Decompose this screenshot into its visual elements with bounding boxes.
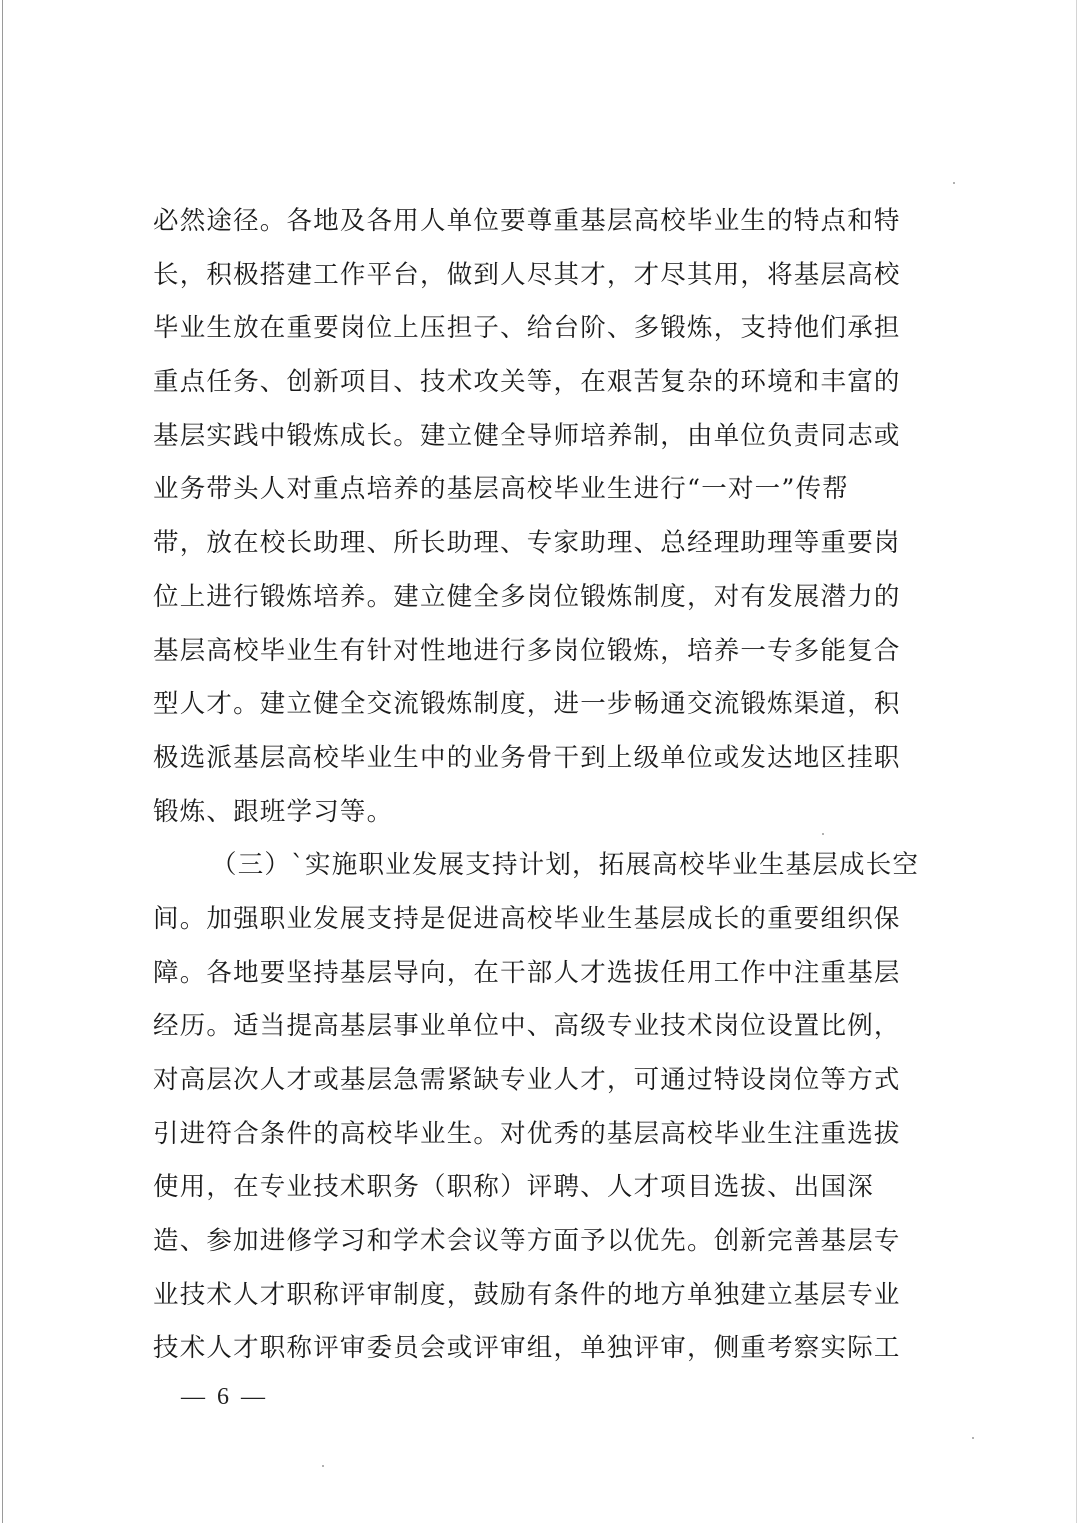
scan-edge-right: [1076, 0, 1077, 1523]
text-line: 毕业生放在重要岗位上压担子、给台阶、多锻炼，支持他们承担: [153, 309, 953, 363]
text-line: 基层高校毕业生有针对性地进行多岗位锻炼，培养一专多能复合: [153, 632, 953, 686]
scan-speck: [322, 1465, 324, 1467]
scan-speck: [822, 833, 824, 835]
text-line: 业技术人才职称评审制度，鼓励有条件的地方单独建立基层专业: [153, 1276, 953, 1330]
text-line: 障。各地要坚持基层导向，在干部人才选拔任用工作中注重基层: [153, 954, 953, 1008]
text-line: 业务带头人对重点培养的基层高校毕业生进行“一对一”传帮: [153, 470, 953, 524]
text-line: 型人才。建立健全交流锻炼制度，进一步畅通交流锻炼渠道，积: [153, 685, 953, 739]
text-line: 锻炼、跟班学习等。: [153, 793, 953, 847]
text-line: 间。加强职业发展支持是促进高校毕业生基层成长的重要组织保: [153, 900, 953, 954]
document-body: 必然途径。各地及各用人单位要尊重基层高校毕业生的特点和特 长，积极搭建工作平台，…: [153, 202, 953, 1383]
text-line: 带，放在校长助理、所长助理、专家助理、总经理助理等重要岗: [153, 524, 953, 578]
text-line: 技术人才职称评审委员会或评审组，单独评审，侧重考察实际工: [153, 1329, 953, 1383]
scan-speck: [972, 1437, 974, 1439]
scan-speck: [953, 182, 955, 184]
text-line: 位上进行锻炼培养。建立健全多岗位锻炼制度，对有发展潜力的: [153, 578, 953, 632]
scan-edge-left: [2, 0, 3, 1523]
section-heading-line: （三）`实施职业发展支持计划，拓展高校毕业生基层成长空: [153, 846, 953, 900]
text-line: 必然途径。各地及各用人单位要尊重基层高校毕业生的特点和特: [153, 202, 953, 256]
page-number: — 6 —: [181, 1384, 265, 1411]
text-line: 造、参加进修学习和学术会议等方面予以优先。创新完善基层专: [153, 1222, 953, 1276]
text-line: 极选派基层高校毕业生中的业务骨干到上级单位或发达地区挂职: [153, 739, 953, 793]
text-line: 使用，在专业技术职务（职称）评聘、人才项目选拔、出国深: [153, 1168, 953, 1222]
text-line: 基层实践中锻炼成长。建立健全导师培养制，由单位负责同志或: [153, 417, 953, 471]
text-line: 对高层次人才或基层急需紧缺专业人才，可通过特设岗位等方式: [153, 1061, 953, 1115]
text-line: 长，积极搭建工作平台，做到人尽其才，才尽其用，将基层高校: [153, 256, 953, 310]
text-line: 重点任务、创新项目、技术攻关等，在艰苦复杂的环境和丰富的: [153, 363, 953, 417]
text-line: 引进符合条件的高校毕业生。对优秀的基层高校毕业生注重选拔: [153, 1115, 953, 1169]
text-line: 经历。适当提高基层事业单位中、高级专业技术岗位设置比例，: [153, 1007, 953, 1061]
